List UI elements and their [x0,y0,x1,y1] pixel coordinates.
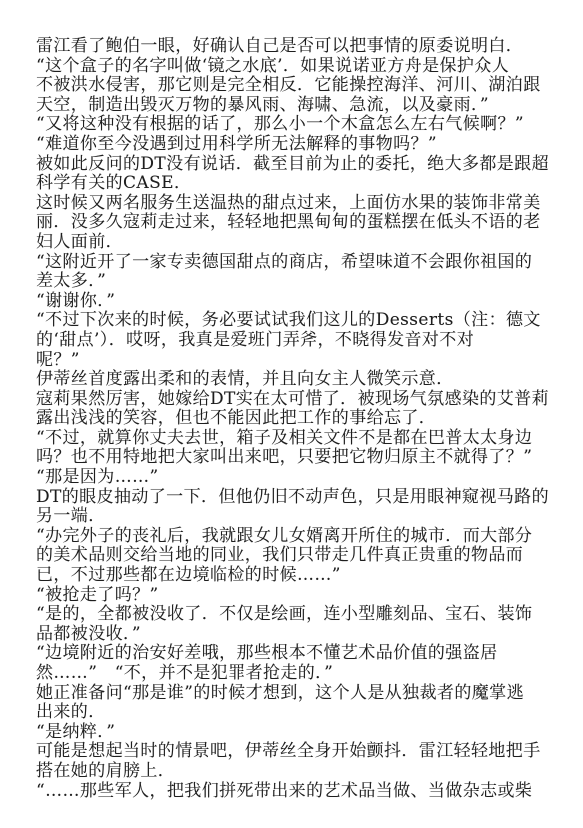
text-line: 差太多．” [36,272,550,292]
text-line: “办完外子的丧礼后，我就跟女儿女婿离开所住的城市．而大部分 [36,527,550,547]
text-line: “那是因为……” [36,468,550,488]
text-line: 丽．没多久寇莉走过来，轻轻地把黑甸甸的蛋糕摆在低头不语的老 [36,213,550,233]
text-line: 呢？” [36,351,550,371]
text-line: “是的，全都被没收了．不仅是绘画，连小型雕刻品、宝石、装饰 [36,605,550,625]
text-block: 雷江看了鲍伯一眼，好确认自己是否可以把事情的原委说明白．“这个盒子的名字叫做‘镜… [36,37,550,801]
text-line: “被抢走了吗？” [36,586,550,606]
text-line: “这个盒子的名字叫做‘镜之水底’．如果说诺亚方舟是保护众人 [36,57,550,77]
text-line: 不被洪水侵害，那它则是完全相反．它能操控海洋、河川、湖泊跟 [36,76,550,96]
text-line: 科学有关的CASE． [36,174,550,194]
text-line: 被如此反问的DT没有说话．截至目前为止的委托，绝大多都是跟超 [36,155,550,175]
text-line: 搭在她的肩膀上． [36,762,550,782]
text-line: “谢谢你．” [36,292,550,312]
text-line: 吗？也不用特地把大家叫出来吧，只要把它物归原主不就得了？” [36,448,550,468]
text-line: 她正准备问“那是谁”的时候才想到，这个人是从独裁者的魔掌逃 [36,684,550,704]
text-line: 露出浅浅的笑容，但也不能因此把工作的事给忘了． [36,409,550,429]
text-line: 寇莉果然厉害，她嫁给DT实在太可惜了．被现场气氛感染的艾普莉 [36,390,550,410]
text-line: “难道你至今没遇到过用科学所无法解释的事物吗？” [36,135,550,155]
text-line: “不过下次来的时候，务必要试试我们这儿的Desserts（注：德文 [36,311,550,331]
document-page: 雷江看了鲍伯一眼，好确认自己是否可以把事情的原委说明白．“这个盒子的名字叫做‘镜… [0,0,583,828]
text-line: 已，不过那些都在边境临检的时候……” [36,566,550,586]
text-line: DT的眼皮抽动了一下．但他仍旧不动声色，只是用眼神窥视马路的 [36,488,550,508]
text-line: 可能是想起当时的情景吧，伊蒂丝全身开始颤抖．雷江轻轻地把手 [36,742,550,762]
text-line: 的美术品则交给当地的同业，我们只带走几件真正贵重的物品而 [36,546,550,566]
text-line: 的‘甜点’）．哎呀，我真是爱班门弄斧，不晓得发音对不对 [36,331,550,351]
text-line: 出来的． [36,703,550,723]
text-line: “边境附近的治安好差哦，那些根本不懂艺术品价值的强盗居 [36,644,550,664]
text-line: “不过，就算你丈夫去世，箱子及相关文件不是都在巴普太太身边 [36,429,550,449]
text-line: “这附近开了一家专卖德国甜点的商店，希望味道不会跟你祖国的 [36,253,550,273]
text-line: 天空，制造出毁灭万物的暴风雨、海啸、急流，以及豪雨．” [36,96,550,116]
text-line: “……那些军人，把我们拼死带出来的艺术品当做、当做杂志或柴 [36,782,550,802]
text-line: 妇人面前． [36,233,550,253]
text-line: “是纳粹．” [36,723,550,743]
text-line: 伊蒂丝首度露出柔和的表情，并且向女主人微笑示意． [36,370,550,390]
text-line: 然……” “不，并不是犯罪者抢走的．” [36,664,550,684]
text-line: “又将这种没有根据的话了，那么小一个木盒怎么左右气候啊？” [36,115,550,135]
text-line: 雷江看了鲍伯一眼，好确认自己是否可以把事情的原委说明白． [36,37,550,57]
text-line: 品都被没收．” [36,625,550,645]
text-line: 这时候又两名服务生送温热的甜点过来，上面仿水果的装饰非常美 [36,194,550,214]
text-line: 另一端． [36,507,550,527]
